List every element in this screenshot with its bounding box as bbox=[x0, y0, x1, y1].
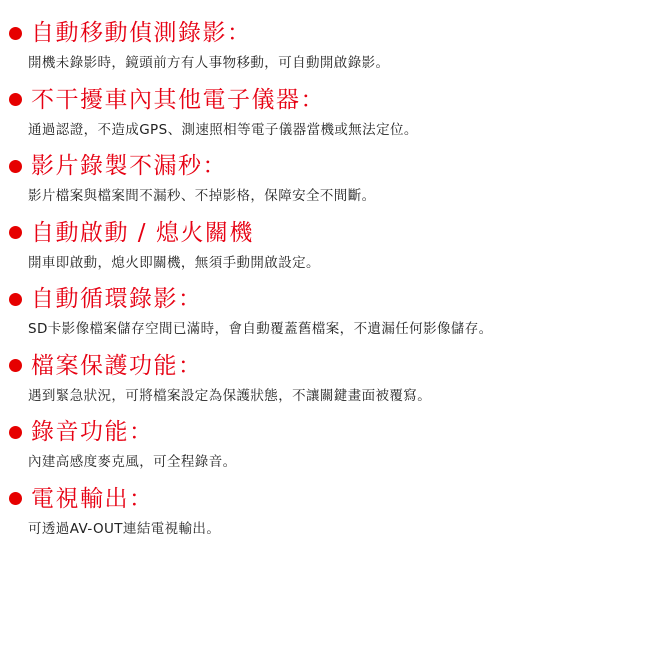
feature-loop-recording: 自動循環錄影： SD卡影像檔案儲存空間已滿時，會自動覆蓋舊檔案，不遺漏任何影像儲… bbox=[0, 282, 650, 349]
feature-audio-recording: 錄音功能： 內建高感度麥克風，可全程錄音。 bbox=[0, 415, 650, 482]
feature-title: 錄音功能： bbox=[31, 415, 154, 449]
feature-heading: 檔案保護功能： bbox=[0, 349, 203, 383]
feature-heading: 影片錄製不漏秒： bbox=[0, 149, 227, 183]
feature-motion-detection: 自動移動偵測錄影： 開機未錄影時，鏡頭前方有人事物移動，可自動開啟錄影。 bbox=[0, 16, 650, 83]
feature-list: 自動移動偵測錄影： 開機未錄影時，鏡頭前方有人事物移動，可自動開啟錄影。 不干擾… bbox=[0, 16, 650, 548]
feature-title: 檔案保護功能： bbox=[31, 349, 203, 383]
feature-title: 不干擾車內其他電子儀器： bbox=[31, 83, 325, 117]
bullet-dot-icon bbox=[9, 27, 22, 40]
feature-description: 影片檔案與檔案間不漏秒、不掉影格，保障安全不間斷。 bbox=[28, 186, 376, 206]
feature-description: 通過認證，不造成GPS、測速照相等電子儀器當機或無法定位。 bbox=[28, 120, 418, 140]
feature-seamless-recording: 影片錄製不漏秒： 影片檔案與檔案間不漏秒、不掉影格，保障安全不間斷。 bbox=[0, 149, 650, 216]
bullet-dot-icon bbox=[9, 359, 22, 372]
feature-heading: 自動啟動 / 熄火關機 bbox=[0, 216, 254, 250]
bullet-dot-icon bbox=[9, 160, 22, 173]
feature-heading: 錄音功能： bbox=[0, 415, 154, 449]
feature-tv-output: 電視輸出： 可透過AV-OUT連結電視輸出。 bbox=[0, 482, 650, 549]
bullet-dot-icon bbox=[9, 492, 22, 505]
feature-heading: 自動循環錄影： bbox=[0, 282, 203, 316]
feature-heading: 不干擾車內其他電子儀器： bbox=[0, 83, 325, 117]
feature-title: 影片錄製不漏秒： bbox=[31, 149, 227, 183]
feature-file-protection: 檔案保護功能： 遇到緊急狀況，可將檔案設定為保護狀態，不讓關鍵畫面被覆寫。 bbox=[0, 349, 650, 416]
feature-auto-start-stop: 自動啟動 / 熄火關機 開車即啟動，熄火即關機，無須手動開啟設定。 bbox=[0, 216, 650, 283]
feature-title: 自動循環錄影： bbox=[31, 282, 203, 316]
feature-description: 開車即啟動，熄火即關機，無須手動開啟設定。 bbox=[28, 253, 320, 273]
feature-title: 自動啟動 / 熄火關機 bbox=[31, 216, 254, 250]
feature-description: SD卡影像檔案儲存空間已滿時，會自動覆蓋舊檔案，不遺漏任何影像儲存。 bbox=[28, 319, 493, 339]
bullet-dot-icon bbox=[9, 226, 22, 239]
bullet-dot-icon bbox=[9, 293, 22, 306]
feature-title: 電視輸出： bbox=[31, 482, 154, 516]
feature-description: 遇到緊急狀況，可將檔案設定為保護狀態，不讓關鍵畫面被覆寫。 bbox=[28, 386, 431, 406]
feature-description: 內建高感度麥克風，可全程錄音。 bbox=[28, 452, 237, 472]
feature-title: 自動移動偵測錄影： bbox=[31, 16, 252, 50]
bullet-dot-icon bbox=[9, 426, 22, 439]
feature-no-interference: 不干擾車內其他電子儀器： 通過認證，不造成GPS、測速照相等電子儀器當機或無法定… bbox=[0, 83, 650, 150]
feature-heading: 自動移動偵測錄影： bbox=[0, 16, 252, 50]
feature-heading: 電視輸出： bbox=[0, 482, 154, 516]
feature-description: 開機未錄影時，鏡頭前方有人事物移動，可自動開啟錄影。 bbox=[28, 53, 389, 73]
feature-description: 可透過AV-OUT連結電視輸出。 bbox=[28, 519, 220, 539]
bullet-dot-icon bbox=[9, 93, 22, 106]
